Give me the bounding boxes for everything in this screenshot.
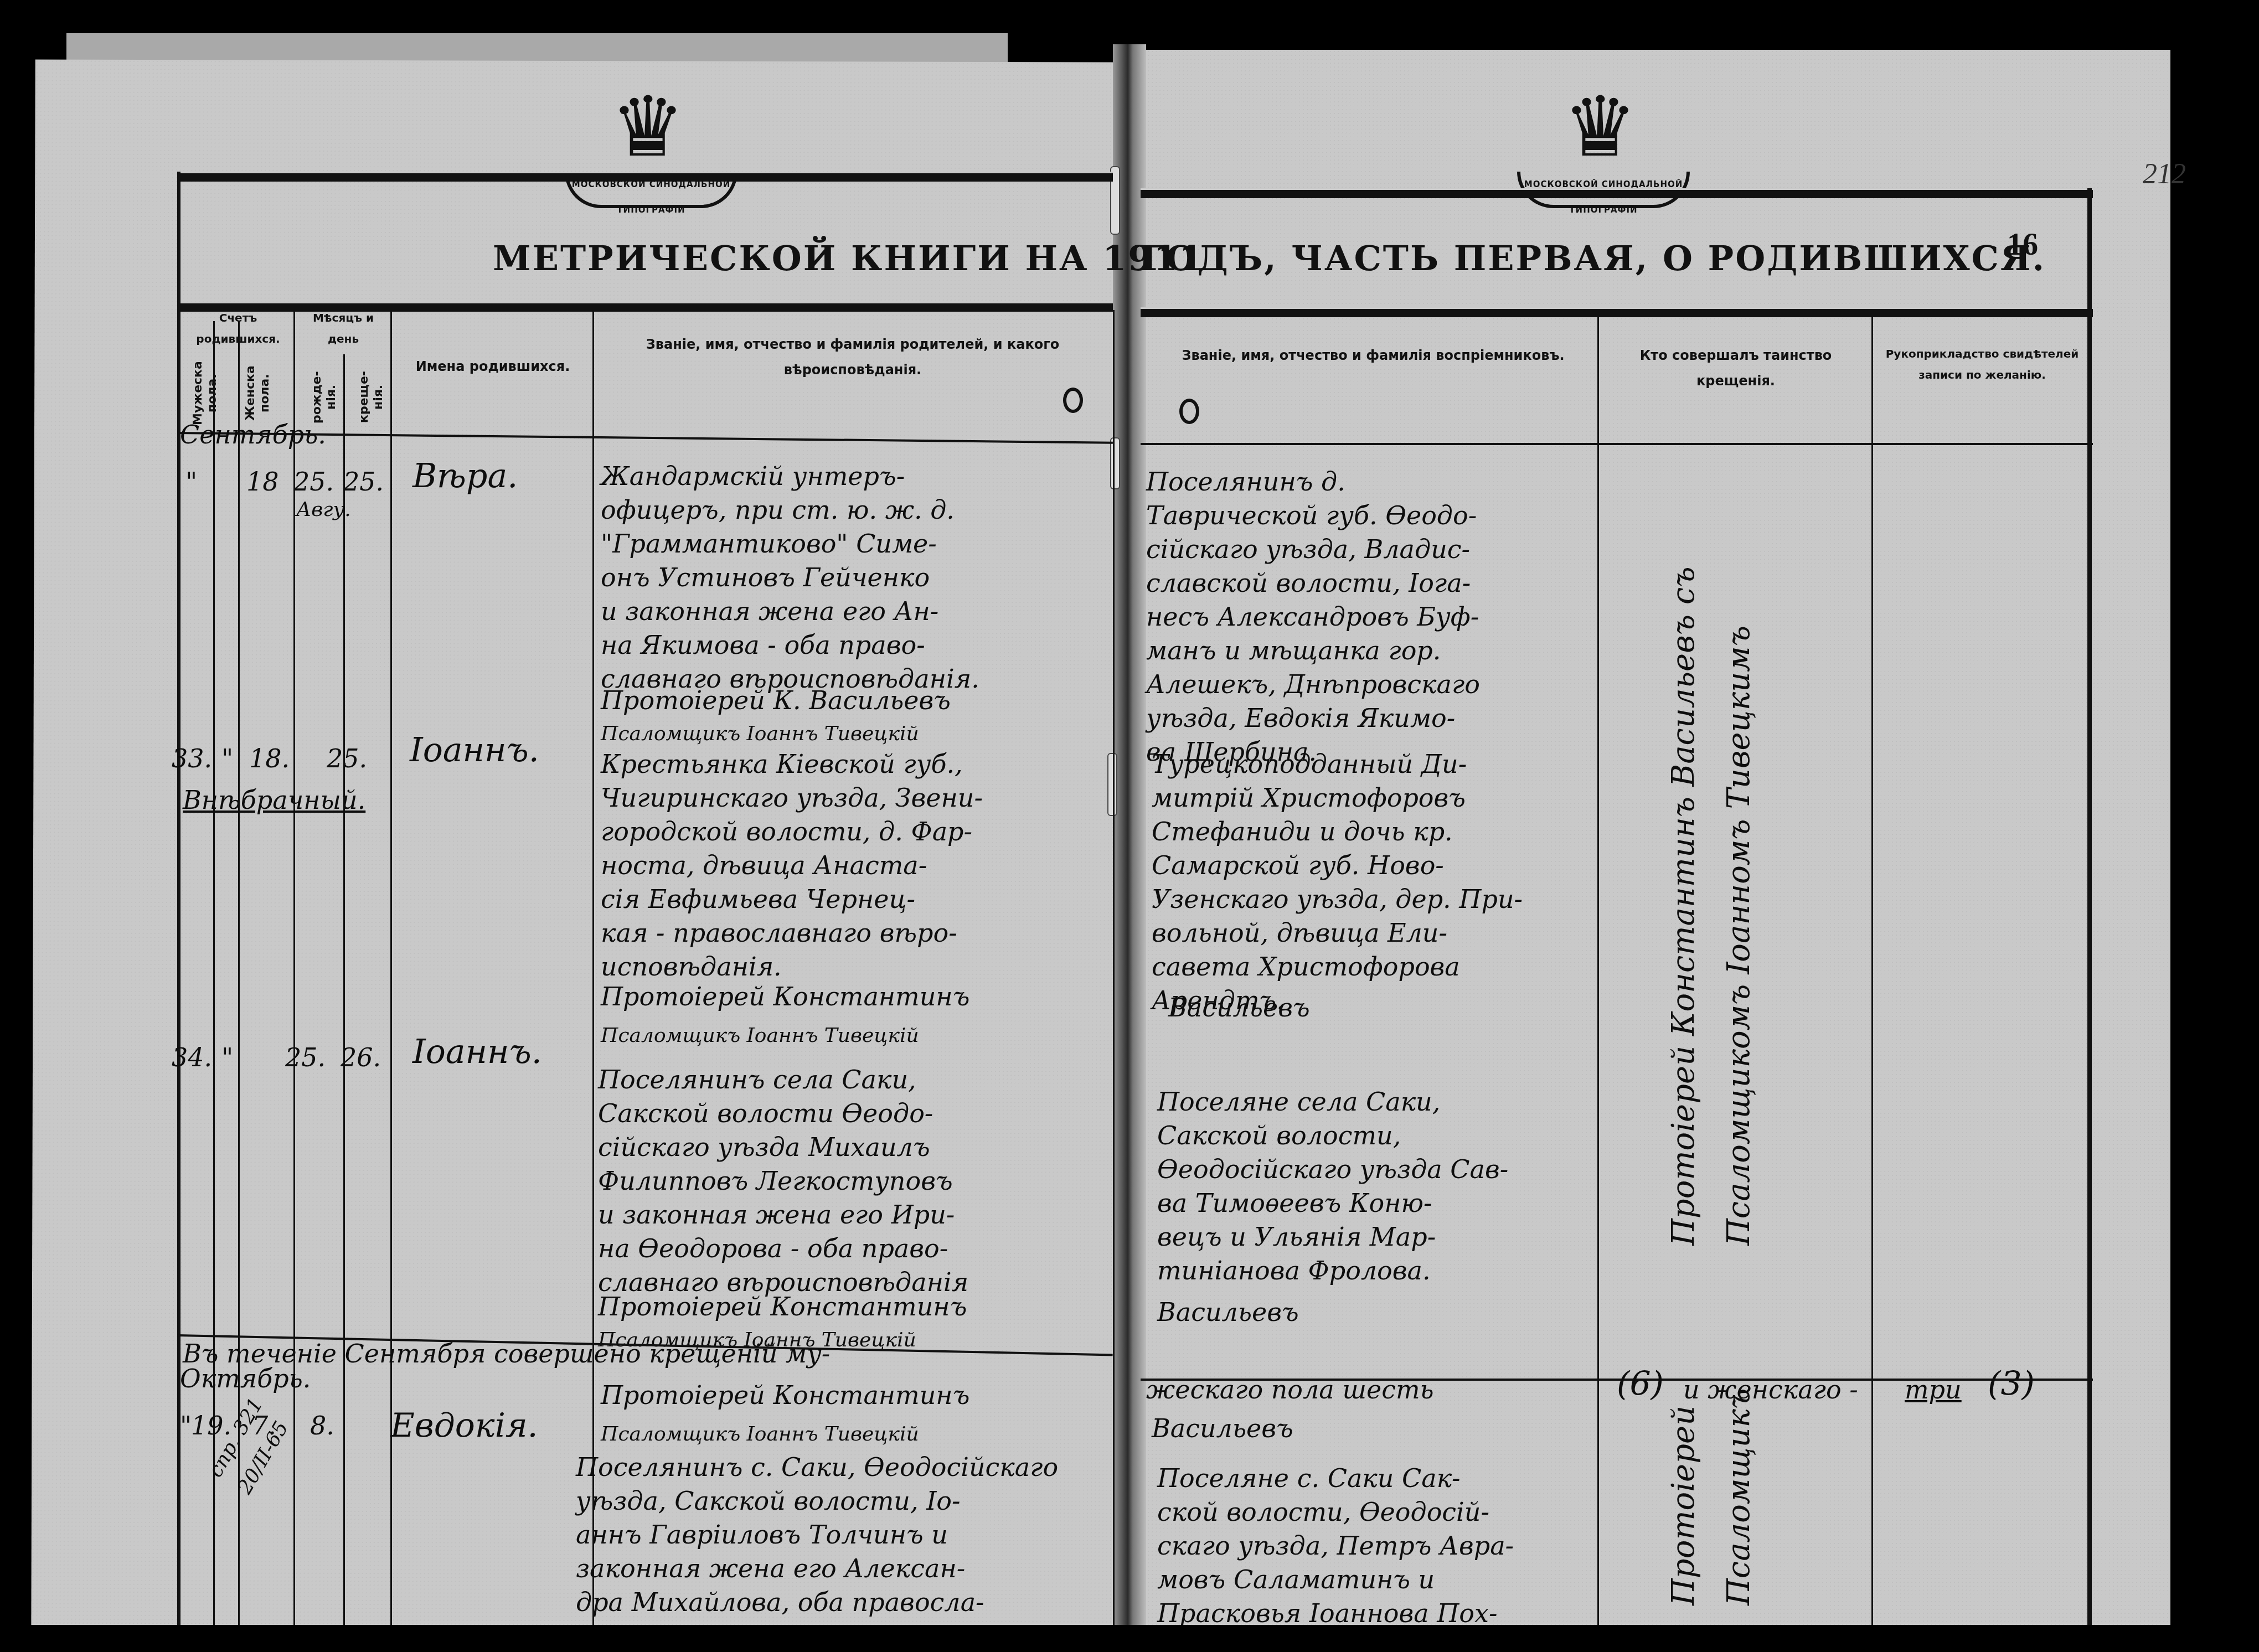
column-divider: [1113, 310, 1115, 1633]
binding-hole-icon: [1179, 399, 1199, 424]
record-birth-day: 25.: [285, 1041, 326, 1075]
record-female-count: 18: [246, 465, 279, 499]
header-bottom-rule: [1141, 443, 2093, 445]
record-parents: Жандармскій унтеръ- офицеръ, при ст. ю. …: [601, 460, 979, 696]
record-birth-month-note: Авгу.: [296, 493, 351, 526]
record-baptism-day: 26.: [341, 1041, 381, 1075]
binding-hole-icon: [1063, 388, 1083, 413]
record-godparents: Турецкоподданный Ди- митрій Христофоровъ…: [1152, 747, 1523, 1018]
column-header-parents: Званіе, имя, отчество и фамилія родителе…: [595, 332, 1110, 383]
column-header-witnesses: Рукоприкладство свидѣтелей записи по жел…: [1877, 343, 2087, 385]
top-frame-rule: [177, 172, 1113, 179]
top-frame-rule: [1141, 188, 2093, 195]
record-baptism-day: 8.: [310, 1409, 334, 1443]
record-child-name: Вѣра.: [412, 460, 518, 493]
officiant-vertical-line3: Протоіерей: [1667, 1273, 1700, 1605]
record-psalmist-signature: Псаломщикъ Іоаннъ Тивецкій: [601, 717, 919, 751]
summary-male-text: жескаго пола шесть: [1146, 1373, 1434, 1407]
scanned-register-spread: ♛ МОСКОВСКОЙ СИНОДАЛЬНОЙ ТИПОГРАФІИ ♛ МО…: [0, 0, 2259, 1652]
record-child-name: Евдокія.: [390, 1409, 538, 1443]
column-header-month-day: Мѣсяцъ и день: [296, 307, 390, 349]
scan-bottom-edge: [0, 1625, 2259, 1652]
record-male-count: ": [221, 742, 233, 776]
right-frame-border: [2087, 188, 2092, 1628]
record-child-name: Іоаннъ.: [410, 734, 539, 767]
column-header-godparents: Званіе, имя, отчество и фамилія воспріем…: [1163, 343, 1584, 369]
record-male-count: ": [185, 465, 197, 499]
record-female-count: 18.: [249, 742, 290, 776]
month-label-september: Сентябрь.: [180, 418, 326, 452]
summary-female-text: и женскаго -: [1683, 1373, 1858, 1407]
column-header-officiant: Кто совершалъ таинство крещенія.: [1606, 343, 1866, 394]
header-frame-rule: [1141, 307, 2093, 314]
record-godparents-signature: Васильевъ: [1157, 1295, 1299, 1329]
column-header-baptism: креще-нія.: [357, 363, 386, 432]
column-divider: [1871, 316, 1873, 1633]
officiant-vertical-line2: Псаломщикомъ Іоанномъ Тивецкимъ: [1722, 460, 1756, 1246]
page-title-right: ГОДЪ, ЧАСТЬ ПЕРВАЯ, О РОДИВШИХСЯ.: [1141, 238, 2046, 278]
record-baptism-day: 25.: [343, 465, 384, 499]
page-number: 16: [2007, 227, 2038, 262]
month-label-october: Октябрь.: [180, 1362, 311, 1396]
summary-male-count: (6): [1617, 1367, 1664, 1401]
summary-priest-signature: Протоіерей Константинъ: [601, 1379, 969, 1412]
summary-psalmist-signature: Псаломщикъ Іоаннъ Тивецкій: [601, 1417, 919, 1451]
page-title-left: МЕТРИЧЕСКОЙ КНИГИ НА 1911: [493, 238, 1205, 278]
double-headed-eagle-icon: ♛: [1556, 78, 1644, 177]
record-priest-signature: Протоіерей Константинъ: [601, 980, 969, 1014]
record-godparents-signature: Васильевъ: [1168, 991, 1310, 1025]
summary-female-count: (3): [1988, 1367, 2035, 1401]
record-number: 34.: [172, 1041, 212, 1075]
record-godparents: Поселяне с. Саки Сак- ской волости, Өеод…: [1157, 1462, 1514, 1630]
column-divider: [592, 310, 594, 1633]
column-divider: [343, 354, 345, 1633]
record-priest-signature: Протоіерей К. Васильевъ: [601, 684, 951, 717]
record-child-name: Іоаннъ.: [412, 1035, 542, 1069]
binding-thread: [1110, 437, 1120, 489]
record-godparents: Поселянинъ д. Таврической губ. Өеодо- сі…: [1146, 465, 1480, 769]
book-gutter: [1113, 44, 1146, 1652]
summary-godparent-signature: Васильевъ: [1152, 1412, 1293, 1445]
column-divider: [1597, 316, 1599, 1633]
column-header-count: Счетъ родившихся.: [183, 307, 293, 349]
record-male-count: ": [221, 1041, 233, 1075]
record-number: 33.: [172, 742, 212, 776]
column-header-names: Имена родившихся.: [393, 354, 592, 380]
title-left-text: МЕТРИЧЕСКОЙ КНИГИ НА 1911: [493, 238, 1205, 278]
record-illegitimate-note: Внѣбрачный.: [183, 783, 365, 817]
imperial-eagle-emblem-left: ♛ МОСКОВСКОЙ СИНОДАЛЬНОЙ ТИПОГРАФІИ: [565, 78, 731, 216]
double-headed-eagle-icon: ♛: [604, 78, 692, 177]
record-godparents: Поселяне села Саки, Сакской волости, Өео…: [1157, 1085, 1508, 1288]
record-parents: Поселянинъ с. Саки, Өеодосійскаго уѣзда,…: [576, 1450, 1058, 1652]
record-birth-day: 25.: [327, 742, 367, 776]
officiant-vertical-line1: Протоіерей Константинъ Васильевъ съ: [1667, 460, 1700, 1246]
binding-thread: [1107, 753, 1117, 816]
title-right-text: ГОДЪ, ЧАСТЬ ПЕРВАЯ, О РОДИВШИХСЯ.: [1141, 238, 2046, 278]
record-parents: Поселянинъ села Саки, Сакской волости Өе…: [598, 1063, 968, 1299]
record-priest-signature: Протоіерей Константинъ: [598, 1290, 967, 1324]
record-male-count: ": [180, 1409, 192, 1443]
archive-folio-number: 212: [2143, 158, 2186, 190]
officiant-vertical-line4: Псаломщикъ: [1722, 1273, 1756, 1605]
summary-female-word: три: [1905, 1373, 1962, 1407]
record-parents: Крестьянка Кіевской губ., Чигиринскаго у…: [601, 747, 983, 984]
record-psalmist-signature: Псаломщикъ Іоаннъ Тивецкій: [601, 1019, 919, 1052]
